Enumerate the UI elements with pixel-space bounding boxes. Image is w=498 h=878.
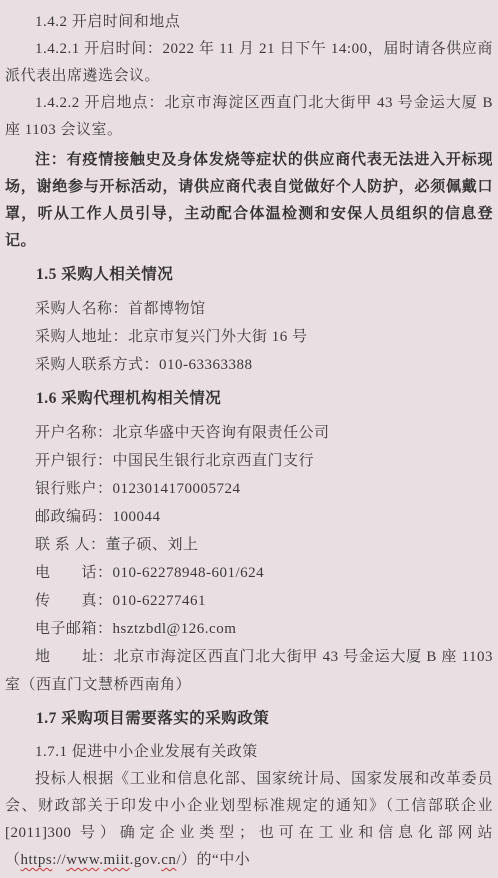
agency-address-line: 地 址：北京市海淀区西直门北大街甲 43 号金运大厦 B 座 1103 室（西直… [5, 643, 493, 699]
purchaser-name-line: 采购人名称：首都博物馆 [5, 295, 493, 323]
sme-policy-paragraph: 投标人根据《工业和信息化部、国家统计局、国家发展和改革委员会、财政部关于印发中小… [5, 766, 493, 874]
heading-1-6-agency: 1.6 采购代理机构相关情况 [5, 385, 493, 412]
sme-policy-text-suffix: ）的“中小 [181, 852, 250, 868]
agency-bank-line: 开户银行：中国民生银行北京西直门支行 [5, 447, 493, 475]
document-page: 1.4.2 开启时间和地点 1.4.2.1 开启时间：2022 年 11 月 2… [0, 0, 498, 878]
miit-url-separator: :// [52, 852, 66, 868]
para-1-4-2-1-open-time: 1.4.2.1 开启时间：2022 年 11 月 21 日下午 14:00，届时… [5, 36, 493, 90]
agency-fax-line: 传 真：010-62277461 [5, 587, 493, 615]
purchaser-contact-line: 采购人联系方式：010-63363388 [5, 351, 493, 379]
agency-phone-line: 电 话：010-62278948-601/624 [5, 559, 493, 587]
agency-contact-person-line: 联 系 人：董子硕、刘上 [5, 531, 493, 559]
heading-1-5-purchaser: 1.5 采购人相关情况 [5, 261, 493, 288]
heading-1-7-policy: 1.7 采购项目需要落实的采购政策 [5, 705, 493, 732]
miit-url-www: www [66, 852, 99, 868]
miit-url-tld: cn [161, 852, 176, 868]
agency-email-line: 电子邮箱：hsztzbdl@126.com [5, 615, 493, 643]
miit-url-gov: gov [134, 852, 157, 868]
agency-account-name-line: 开户名称：北京华盛中天咨询有限责任公司 [5, 419, 493, 447]
covid-note: 注：有疫情接触史及身体发烧等症状的供应商代表无法进入开标现场，谢绝参与开标活动，… [5, 147, 493, 255]
heading-1-4-2: 1.4.2 开启时间和地点 [5, 9, 493, 36]
para-1-4-2-2-open-location: 1.4.2.2 开启地点：北京市海淀区西直门北大街甲 43 号金运大厦 B 座 … [5, 90, 493, 144]
miit-url-domain: miit [104, 852, 130, 868]
miit-url-scheme: https [21, 852, 53, 868]
purchaser-address-line: 采购人地址：北京市复兴门外大街 16 号 [5, 323, 493, 351]
agency-postcode-line: 邮政编码：100044 [5, 503, 493, 531]
heading-1-7-1-sme-policy: 1.7.1 促进中小企业发展有关政策 [5, 739, 493, 766]
agency-bank-account-line: 银行账户：0123014170005724 [5, 475, 493, 503]
